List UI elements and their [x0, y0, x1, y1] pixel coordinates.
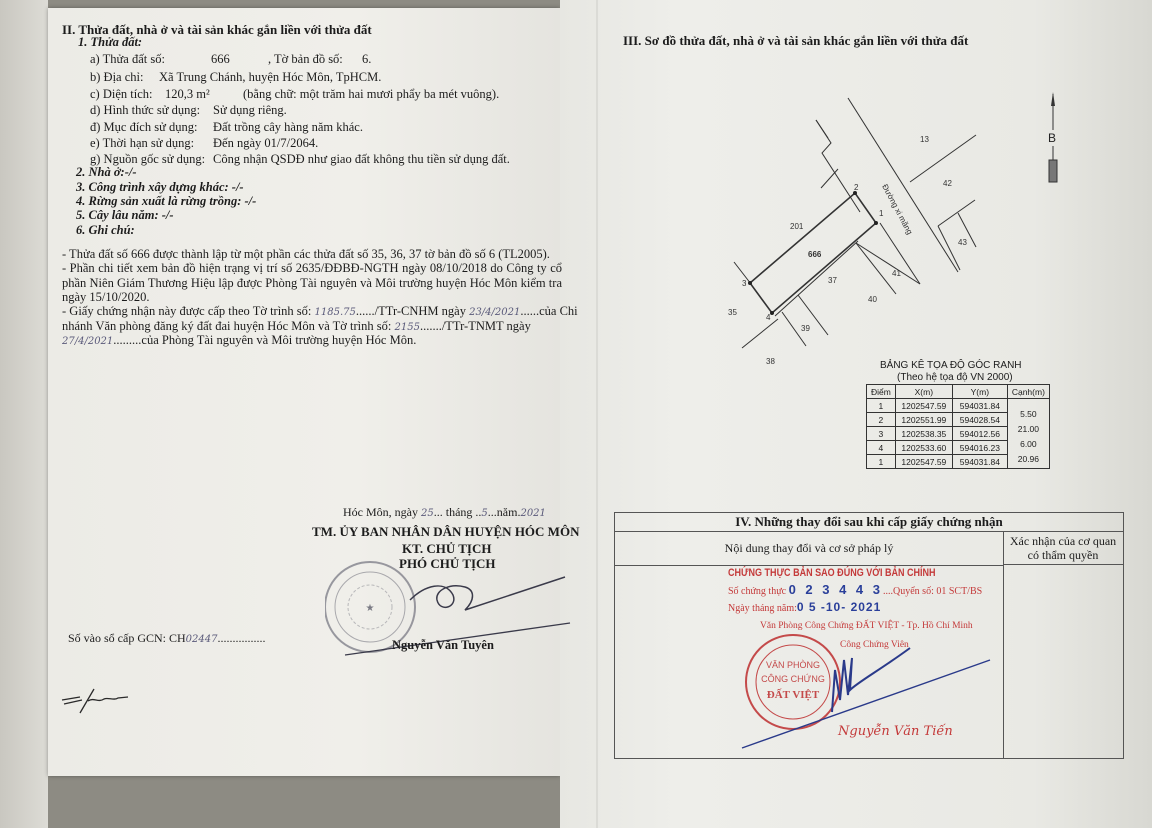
svg-text:43: 43	[958, 238, 967, 247]
col-x: X(m)	[895, 385, 952, 399]
map-sheet-label: , Tờ bản đồ số:	[268, 52, 343, 67]
item-notes-heading: 6. Ghi chú:	[76, 223, 135, 238]
registry-number: Số vào sổ cấp GCN: CH02447..............…	[68, 631, 265, 647]
signing-date: Hóc Môn, ngày 25... tháng ..5...năm.2021	[343, 505, 546, 521]
area-in-words: (bằng chữ: một trăm hai mươi phẩy ba mét…	[243, 87, 499, 102]
svg-text:★: ★	[366, 603, 375, 614]
svg-text:ĐẤT VIỆT: ĐẤT VIỆT	[767, 688, 820, 701]
area-label: c) Diện tích:	[90, 87, 152, 102]
note-issuance-line3: 27/4/2021.........của Phòng Tài nguyên v…	[62, 333, 416, 349]
certification-date-line: Ngày tháng năm:0 5 -10- 2021	[728, 600, 881, 616]
address-value: Xã Trung Chánh, huyện Hóc Môn, TpHCM.	[159, 70, 381, 85]
coord-table-subtitle: (Theo hệ tọa độ VN 2000)	[897, 370, 1013, 385]
svg-text:3: 3	[742, 279, 747, 288]
handwritten-proposal-date-2: 27/4/2021	[62, 336, 113, 347]
item-perennial-trees: 5. Cây lâu năm: -/-	[76, 208, 174, 223]
usage-form-label: d) Hình thức sử dụng:	[90, 103, 200, 118]
clerk-initials	[60, 685, 140, 725]
left-binding-margin	[0, 0, 48, 828]
item-house: 2. Nhà ở:-/-	[76, 165, 137, 180]
parcel-number-value: 666	[211, 52, 230, 67]
usage-term-label: e) Thời hạn sử dụng:	[90, 136, 194, 151]
area-value: 120,3 m²	[165, 87, 210, 102]
svg-text:CÔNG CHỨNG: CÔNG CHỨNG	[761, 674, 825, 684]
origin-value: Công nhận QSDĐ như giao đất không thu ti…	[213, 152, 510, 167]
svg-text:39: 39	[801, 324, 810, 333]
parcel-number-label: a) Thửa đất số:	[90, 52, 165, 67]
item-other-construction: 3. Công trình xây dựng khác: -/-	[76, 180, 244, 195]
svg-text:35: 35	[728, 308, 737, 317]
usage-purpose-value: Đất trồng cây hàng năm khác.	[213, 120, 363, 135]
col-point: Điểm	[867, 385, 896, 399]
certification-date: 0 5 -10- 2021	[797, 600, 881, 614]
certificate-number-line: Số chứng thực 0 2 3 4 4 3....Quyển số: 0…	[728, 582, 982, 599]
parcel-diagram: 13 42 43 201 41 40 37 35 39 38 666 1 2 3…	[720, 90, 1080, 370]
svg-text:41: 41	[892, 269, 901, 278]
table-row: 11202547.59594031.84 5.50 21.00 6.00 20.…	[867, 399, 1050, 413]
usage-form-value: Sử dụng riêng.	[213, 103, 287, 118]
svg-text:201: 201	[790, 222, 804, 231]
section-iii-title: III. Sơ đồ thửa đất, nhà ở và tài sản kh…	[623, 33, 968, 48]
col-edge: Cạnh(m)	[1007, 385, 1049, 399]
edge-lengths: 5.50 21.00 6.00 20.96	[1007, 399, 1049, 469]
svg-text:38: 38	[766, 357, 775, 366]
signer-role-acting: KT. CHỦ TỊCH	[402, 541, 491, 556]
svg-text:Đường xi măng: Đường xi măng	[880, 183, 914, 236]
parcel-subtitle: 1. Thửa đất:	[78, 35, 142, 50]
svg-text:2: 2	[854, 183, 859, 192]
col-y: Y(m)	[952, 385, 1007, 399]
certified-copy-stamp-title: CHỨNG THỰC BẢN SAO ĐÚNG VỚI BẢN CHÍNH	[728, 566, 936, 581]
section-iv-title: IV. Những thay đổi sau khi cấp giấy chứn…	[615, 513, 1123, 532]
handwritten-proposal-number-2: 2155	[395, 322, 420, 333]
signer-name: Nguyễn Văn Tuyên	[392, 638, 494, 653]
authority-confirmation-header: Xác nhận của cơ quan có thẩm quyền	[1003, 531, 1123, 565]
north-indicator: B	[1048, 131, 1056, 145]
svg-text:37: 37	[828, 276, 837, 285]
certificate-number: 0 2 3 4 4 3	[789, 582, 883, 597]
svg-text:13: 13	[920, 135, 929, 144]
address-label: b) Địa chỉ:	[90, 70, 143, 85]
changes-content-header: Nội dung thay đổi và cơ sở pháp lý	[615, 531, 1004, 566]
notary-name: Nguyễn Văn Tiến	[838, 724, 953, 739]
map-sheet-value: 6.	[362, 52, 371, 67]
svg-text:40: 40	[868, 295, 877, 304]
handwritten-proposal-date: 23/4/2021	[469, 307, 520, 318]
note-issuance-line1: - Giấy chứng nhận này được cấp theo Tờ t…	[62, 304, 578, 320]
item-planted-forest: 4. Rừng sản xuất là rừng trồng: -/-	[76, 194, 256, 209]
note-survey-map: - Phần chi tiết xem bản đồ hiện trạng vị…	[62, 261, 562, 305]
note-origin: - Thửa đất số 666 được thành lập từ một …	[62, 247, 562, 262]
svg-text:42: 42	[943, 179, 952, 188]
issuing-authority: TM. ỦY BAN NHÂN DÂN HUYỆN HÓC MÔN	[312, 524, 579, 539]
page-fold	[596, 0, 598, 828]
svg-text:4: 4	[766, 313, 771, 322]
handwritten-proposal-number: 1185.75	[315, 307, 356, 318]
usage-purpose-label: đ) Mục đích sử dụng:	[90, 120, 197, 135]
usage-term-value: Đến ngày 01/7/2064.	[213, 136, 318, 151]
corner-coordinates-table: Điểm X(m) Y(m) Cạnh(m) 11202547.59594031…	[866, 384, 1050, 469]
svg-text:1: 1	[879, 209, 884, 218]
svg-text:VĂN PHÒNG: VĂN PHÒNG	[766, 660, 820, 670]
svg-text:666: 666	[808, 250, 822, 259]
